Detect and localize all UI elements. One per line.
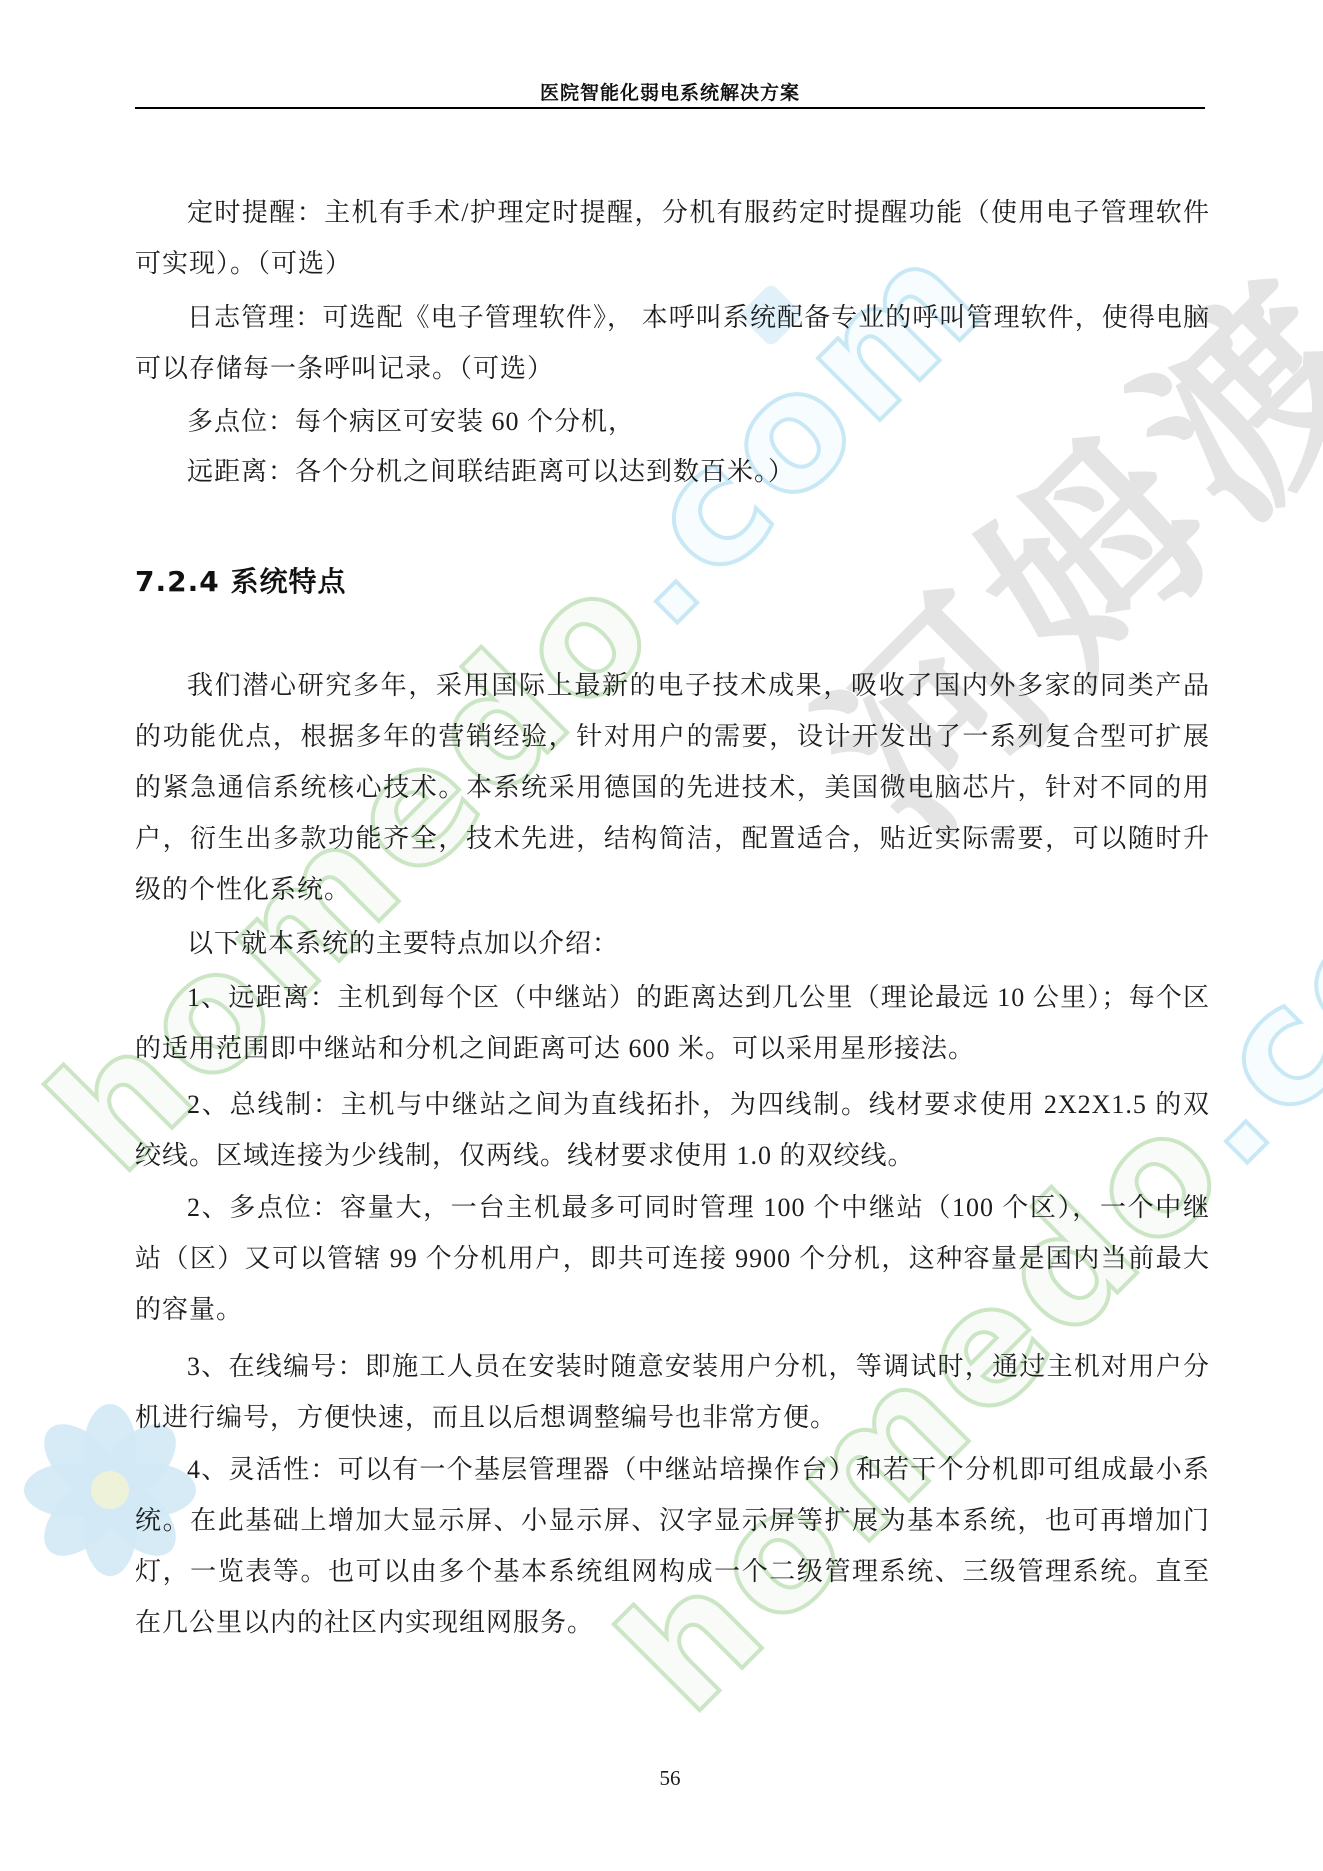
paragraph-timed-reminder: 定时提醒：主机有手术/护理定时提醒，分机有服药定时提醒功能（使用电子管理软件可实… xyxy=(135,187,1210,289)
content-layer: 医院智能化弱电系统解决方案 定时提醒：主机有手术/护理定时提醒，分机有服药定时提… xyxy=(0,0,1323,1871)
header-divider-line xyxy=(135,107,1205,109)
document-page: 河姆渡 homedo.com homedo.com 医院智能化弱电系统解决方案 … xyxy=(0,0,1323,1871)
page-header-title: 医院智能化弱电系统解决方案 xyxy=(135,78,1205,105)
paragraph-log-management: 日志管理：可选配《电子管理软件》， 本呼叫系统配备专业的呼叫管理软件，使得电脑可… xyxy=(135,292,1210,394)
feature-item-online-numbering: 3、在线编号：即施工人员在安装时随意安装用户分机，等调试时，通过主机对用户分机进… xyxy=(135,1341,1210,1443)
feature-item-bus-system: 2、总线制：主机与中继站之间为直线拓扑，为四线制。线材要求使用 2X2X1.5 … xyxy=(135,1079,1210,1181)
paragraph-system-overview: 我们潜心研究多年，采用国际上最新的电子技术成果，吸收了国内外多家的同类产品的功能… xyxy=(135,660,1210,915)
paragraph-features-intro: 以下就本系统的主要特点加以介绍： xyxy=(135,918,1210,969)
feature-item-flexibility: 4、灵活性：可以有一个基层管理器（中继站培操作台）和若干个分机即可组成最小系统。… xyxy=(135,1444,1210,1648)
section-heading: 7.2.4 系统特点 xyxy=(135,560,346,600)
page-number: 56 xyxy=(135,1766,1205,1791)
paragraph-long-distance: 远距离：各个分机之间联结距离可以达到数百米。） xyxy=(135,446,1210,497)
feature-item-capacity: 2、多点位：容量大，一台主机最多可同时管理 100 个中继站（100 个区），一… xyxy=(135,1182,1210,1335)
feature-item-distance: 1、远距离：主机到每个区（中继站）的距离达到几公里（理论最远 10 公里）；每个… xyxy=(135,972,1210,1074)
paragraph-multi-point: 多点位：每个病区可安装 60 个分机， xyxy=(135,396,1210,447)
